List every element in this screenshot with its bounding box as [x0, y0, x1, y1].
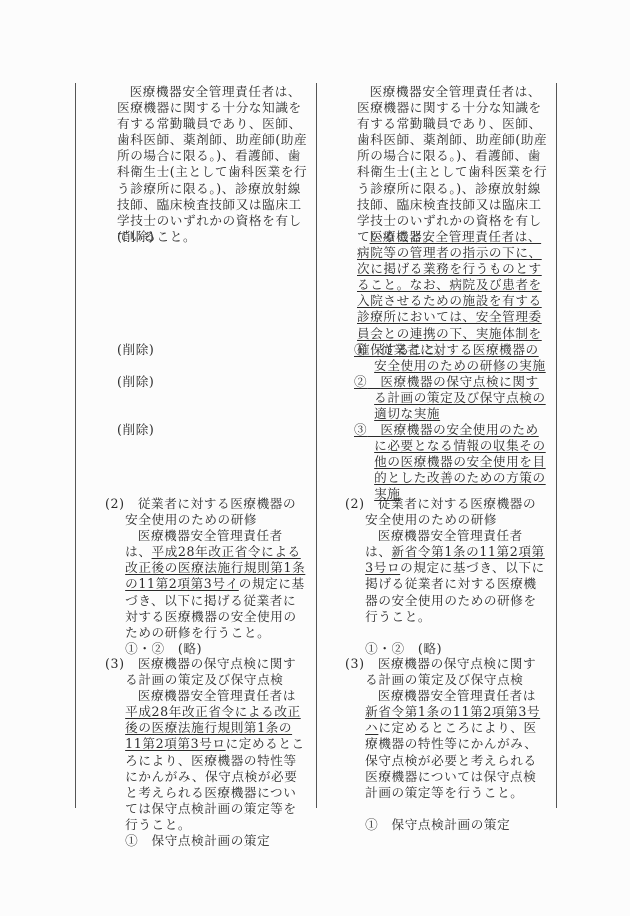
- right-added-item-1: ① 従業者に対する医療機器の安全使用のための研修の実施: [354, 342, 549, 374]
- left-section-2-body: 医療機器安全管理責任者は、平成28年改正省令による改正後の医療法施行規則第1条の…: [105, 528, 309, 641]
- item-number: ②: [354, 374, 367, 389]
- right-added-paragraph: 医療機器安全管理責任者は、病院等の管理者の指示の下に、次に掲げる業務を行うものと…: [357, 229, 549, 358]
- table-border-left: [75, 83, 76, 808]
- left-section-3-item-1: ① 保守点検計画の策定: [105, 833, 309, 849]
- item-text: 従業者に対する医療機器の安全使用のための研修の実施: [374, 342, 546, 373]
- right-section-3-item-1: ① 保守点検計画の策定: [345, 817, 549, 833]
- left-deleted-4: (削除): [117, 422, 309, 438]
- left-section-3-heading: (3) 医療機器の保守点検に関する計画の策定及び保守点検: [105, 656, 309, 688]
- body-text: 医療機器安全管理責任者は: [378, 688, 536, 703]
- right-section-3: (3) 医療機器の保守点検に関する計画の策定及び保守点検 医療機器安全管理責任者…: [345, 656, 549, 833]
- body-text: に定めるところにより、医療機器の特性等にかんがみ、保守点検が必要と考えられる医療…: [365, 720, 537, 799]
- body-text: 医療機器安全管理責任者は: [138, 688, 296, 703]
- right-section-2-items: ①・② (略): [345, 641, 549, 657]
- left-section-3-body: 医療機器安全管理責任者は平成28年改正省令による改正後の医療法施行規則第1条の1…: [105, 688, 309, 833]
- added-item-text: ① 従業者に対する医療機器の安全使用のための研修の実施: [354, 342, 549, 374]
- left-deleted-2: (削除): [117, 342, 309, 358]
- added-item-text: ② 医療機器の保守点検に関する計画の策定及び保守点検の適切な実施: [354, 374, 549, 422]
- item-text: 医療機器の保守点検に関する計画の策定及び保守点検の適切な実施: [374, 374, 546, 421]
- left-section-2-items: ①・② (略): [105, 641, 309, 657]
- left-intro-paragraph: 医療機器安全管理責任者は、医療機器に関する十分な知識を有する常勤職員であり、医師…: [117, 84, 309, 245]
- left-section-2-heading: (2) 従業者に対する医療機器の安全使用のための研修: [105, 496, 309, 528]
- right-added-item-2: ② 医療機器の保守点検に関する計画の策定及び保守点検の適切な実施: [354, 374, 549, 422]
- item-text: 医療機器の安全使用のために必要となる情報の収集その他の医療機器の安全使用を目的と…: [374, 422, 546, 501]
- right-column-revised: 医療機器安全管理責任者は、医療機器に関する十分な知識を有する常勤職員であり、医師…: [357, 84, 549, 808]
- table-border-right: [556, 83, 557, 808]
- right-section-2-body: 医療機器安全管理責任者は、新省令第1条の11第2項第3号ロの規定に基づき、以下に…: [345, 528, 549, 625]
- left-section-3: (3) 医療機器の保守点検に関する計画の策定及び保守点検 医療機器安全管理責任者…: [105, 656, 309, 849]
- left-section-2: (2) 従業者に対する医療機器の安全使用のための研修 医療機器安全管理責任者は、…: [105, 496, 309, 657]
- right-added-item-3: ③ 医療機器の安全使用のために必要となる情報の収集その他の医療機器の安全使用を目…: [354, 422, 549, 502]
- left-column-current: 医療機器安全管理責任者は、医療機器に関する十分な知識を有する常勤職員であり、医師…: [117, 84, 309, 808]
- item-number: ①: [354, 342, 367, 357]
- added-item-text: ③ 医療機器の安全使用のために必要となる情報の収集その他の医療機器の安全使用を目…: [354, 422, 549, 502]
- right-section-3-heading: (3) 医療機器の保守点検に関する計画の策定及び保守点検: [345, 656, 549, 688]
- left-deleted-1: (削除): [117, 229, 309, 245]
- right-section-2-heading: (2) 従業者に対する医療機器の安全使用のための研修: [345, 496, 549, 528]
- right-section-2: (2) 従業者に対する医療機器の安全使用のための研修 医療機器安全管理責任者は、…: [345, 496, 549, 657]
- right-intro-paragraph: 医療機器安全管理責任者は、医療機器に関する十分な知識を有する常勤職員であり、医師…: [357, 84, 549, 245]
- right-section-3-body: 医療機器安全管理責任者は新省令第1条の11第2項第3号ハに定めるところにより、医…: [345, 688, 549, 801]
- table-border-middle: [316, 83, 317, 808]
- item-number: ③: [354, 422, 367, 437]
- left-deleted-3: (削除): [117, 374, 309, 390]
